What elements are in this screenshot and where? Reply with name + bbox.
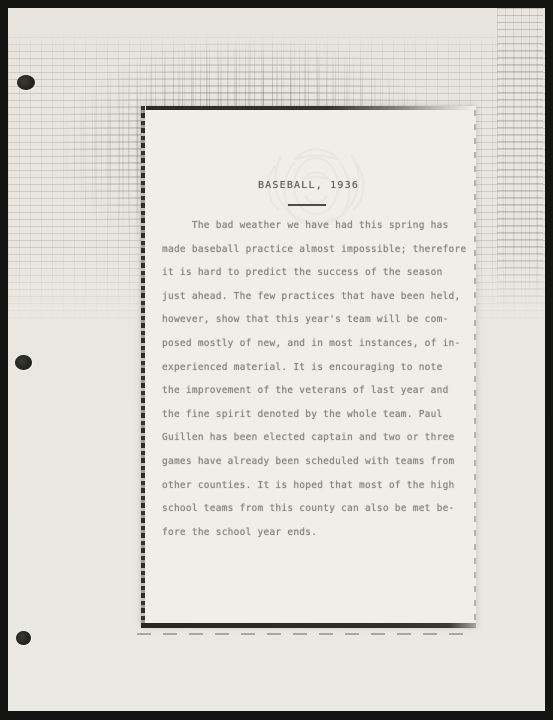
body-text-line: the improvement of the veterans of last … — [162, 385, 470, 409]
sheet-edge-bottom-shadow — [137, 633, 467, 635]
body-text-line: made baseball practice almost impossible… — [162, 244, 470, 268]
scanned-photo: BASEBALL, 1936 The bad weather we have h… — [0, 0, 553, 720]
body-text-line: the fine spirit denoted by the whole tea… — [162, 409, 470, 433]
body-text-line: posed mostly of new, and in most instanc… — [162, 338, 470, 362]
document-body: The bad weather we have had this spring … — [162, 220, 470, 550]
hole-punch-bottom — [16, 631, 31, 645]
body-text-line: Guillen has been elected captain and two… — [162, 432, 470, 456]
body-text-line: however, show that this year's team will… — [162, 314, 470, 338]
body-text-line: it is hard to predict the success of the… — [162, 267, 470, 291]
body-text-line: fore the school year ends. — [162, 527, 470, 551]
sheet-edge-bottom — [141, 623, 476, 628]
scrapbook-page: BASEBALL, 1936 The bad weather we have h… — [8, 8, 545, 711]
hole-punch-middle — [15, 355, 32, 370]
document-title: BASEBALL, 1936 — [141, 180, 476, 191]
body-text-line: school teams from this county can also b… — [162, 503, 470, 527]
woven-texture-right-strip — [497, 8, 543, 308]
body-text-line: experienced material. It is encouraging … — [162, 362, 470, 386]
sheet-edge-top — [146, 106, 474, 110]
hole-punch-top — [17, 75, 35, 90]
body-text-line: The bad weather we have had this spring … — [162, 220, 470, 244]
title-underline — [288, 204, 326, 206]
body-text-line: games have already been scheduled with t… — [162, 456, 470, 480]
pasted-typewritten-sheet: BASEBALL, 1936 The bad weather we have h… — [141, 106, 476, 627]
body-text-line: just ahead. The few practices that have … — [162, 291, 470, 315]
body-text-line: other counties. It is hoped that most of… — [162, 480, 470, 504]
